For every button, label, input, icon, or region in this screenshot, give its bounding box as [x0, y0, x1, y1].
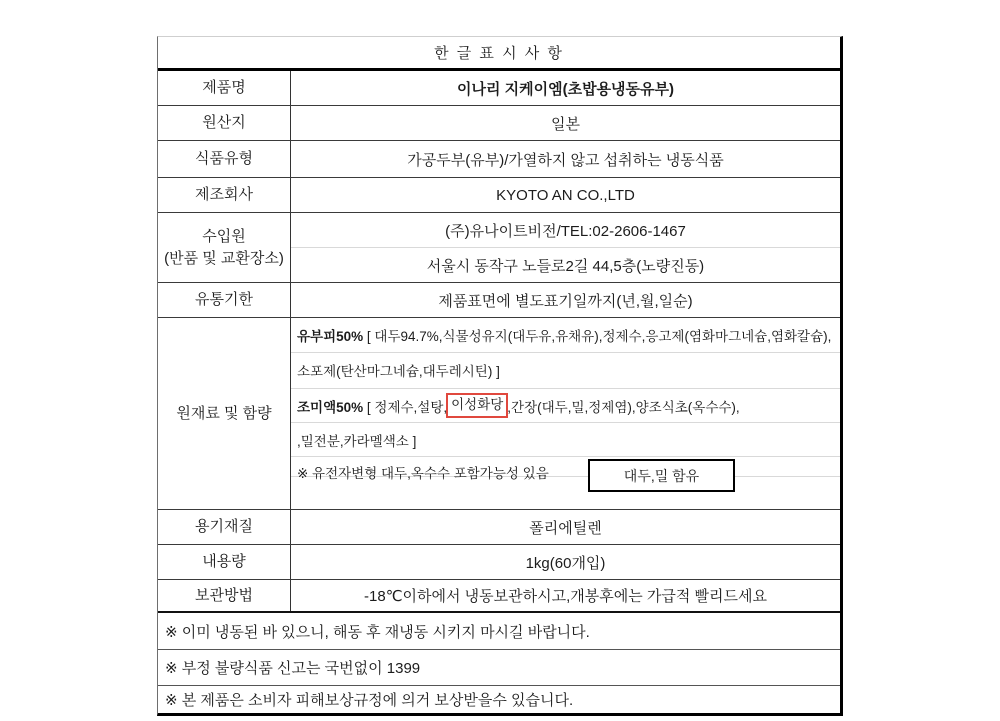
- ingredient-line-antifoam: 소포제(탄산마그네슘,대두레시틴) ]: [291, 353, 840, 389]
- row-food-type: 식품유형 가공두부(유부)/가열하지 않고 섭취하는 냉동식품: [158, 141, 840, 178]
- starch-caramel-detail: ,밀전분,카라멜색소 ]: [297, 430, 416, 450]
- ingredients-value: 유부피50% [ 대두94.7%,식물성유지(대두유,유채유),정제수,응고제(…: [291, 318, 840, 509]
- table-title-row: 한 글 표 시 사 항: [158, 37, 840, 71]
- note-report-hotline: ※ 부정 불량식품 신고는 국번없이 1399: [158, 650, 840, 686]
- row-net-content: 내용량 1kg(60개입): [158, 545, 840, 580]
- container-material-label: 용기재질: [158, 510, 291, 544]
- expiry-label: 유통기한: [158, 283, 291, 317]
- seasoning-percent: 조미액50%: [297, 396, 363, 416]
- row-manufacturer: 제조회사 KYOTO AN CO.,LTD: [158, 178, 840, 213]
- container-material-value: 폴리에틸렌: [291, 510, 840, 544]
- manufacturer-value: KYOTO AN CO.,LTD: [291, 178, 840, 212]
- ingredient-line-tofu-skin: 유부피50% [ 대두94.7%,식물성유지(대두유,유채유),정제수,응고제(…: [291, 318, 840, 353]
- importer-label: 수입원 (반품 및 교환장소): [158, 213, 291, 282]
- importer-label-line2: (반품 및 교환장소): [164, 248, 284, 270]
- storage-label: 보관방법: [158, 580, 291, 611]
- storage-value: -18℃이하에서 냉동보관하시고,개봉후에는 가급적 빨리드세요: [291, 580, 840, 611]
- row-product-name: 제품명 이나리 지케이엠(초밥용냉동유부): [158, 71, 840, 106]
- ingredient-line-starch-caramel: ,밀전분,카라멜색소 ]: [291, 423, 840, 457]
- food-type-label: 식품유형: [158, 141, 291, 177]
- ingredient-line-gmo: ※ 유전자변형 대두,옥수수 포함가능성 있음 대두,밀 함유: [291, 457, 840, 509]
- manufacturer-label: 제조회사: [158, 178, 291, 212]
- net-content-label: 내용량: [158, 545, 291, 579]
- ingredients-label: 원재료 및 함량: [158, 318, 291, 509]
- product-name-value: 이나리 지케이엠(초밥용냉동유부): [291, 71, 840, 105]
- origin-label: 원산지: [158, 106, 291, 140]
- gmo-note: ※ 유전자변형 대두,옥수수 포함가능성 있음: [297, 462, 549, 482]
- net-content-value: 1kg(60개입): [291, 545, 840, 579]
- isomerized-sugar-highlight: 이성화당: [446, 393, 508, 418]
- food-type-value: 가공두부(유부)/가열하지 않고 섭취하는 냉동식품: [291, 141, 840, 177]
- note-consumer-compensation: ※ 본 제품은 소비자 피해보상규정에 의거 보상받을수 있습니다.: [158, 686, 840, 713]
- seasoning-pre: [ 정제수,설탕,: [363, 396, 447, 416]
- antifoam-detail: 소포제(탄산마그네슘,대두레시틴) ]: [297, 360, 500, 380]
- row-importer: 수입원 (반품 및 교환장소) (주)유나이트비전/TEL:02-2606-14…: [158, 213, 840, 283]
- note-refreeze-warning: ※ 이미 냉동된 바 있으니, 해동 후 재냉동 시키지 마시길 바랍니다.: [158, 613, 840, 650]
- importer-value: (주)유나이트비전/TEL:02-2606-1467 서울시 동작구 노들로2길…: [291, 213, 840, 282]
- row-container-material: 용기재질 폴리에틸렌: [158, 510, 840, 545]
- row-storage: 보관방법 -18℃이하에서 냉동보관하시고,개봉후에는 가급적 빨리드세요: [158, 580, 840, 613]
- table-title: 한 글 표 시 사 항: [434, 42, 564, 63]
- tofu-skin-percent: 유부피50%: [297, 325, 363, 345]
- row-ingredients: 원재료 및 함량 유부피50% [ 대두94.7%,식물성유지(대두유,유채유)…: [158, 318, 840, 510]
- korean-food-label-page: 한 글 표 시 사 항 제품명 이나리 지케이엠(초밥용냉동유부) 원산지 일본…: [0, 0, 1000, 721]
- row-expiry: 유통기한 제품표면에 별도표기일까지(년,월,일순): [158, 283, 840, 318]
- tofu-skin-detail: [ 대두94.7%,식물성유지(대두유,유채유),정제수,응고제(염화마그네슘,…: [363, 325, 831, 345]
- label-info-table: 한 글 표 시 사 항 제품명 이나리 지케이엠(초밥용냉동유부) 원산지 일본…: [157, 36, 843, 716]
- importer-address: 서울시 동작구 노들로2길 44,5층(노량진동): [291, 248, 840, 282]
- expiry-value: 제품표면에 별도표기일까지(년,월,일순): [291, 283, 840, 317]
- seasoning-post: ,간장(대두,밀,정제염),양조식초(옥수수),: [507, 396, 739, 416]
- product-name-label: 제품명: [158, 71, 291, 105]
- importer-label-line1: 수입원: [202, 226, 245, 248]
- importer-company: (주)유나이트비전/TEL:02-2606-1467: [291, 213, 840, 248]
- origin-value: 일본: [291, 106, 840, 140]
- allergen-box: 대두,밀 함유: [588, 459, 735, 492]
- ingredient-line-seasoning: 조미액50% [ 정제수,설탕,이성화당,간장(대두,밀,정제염),양조식초(옥…: [291, 389, 840, 424]
- row-origin: 원산지 일본: [158, 106, 840, 141]
